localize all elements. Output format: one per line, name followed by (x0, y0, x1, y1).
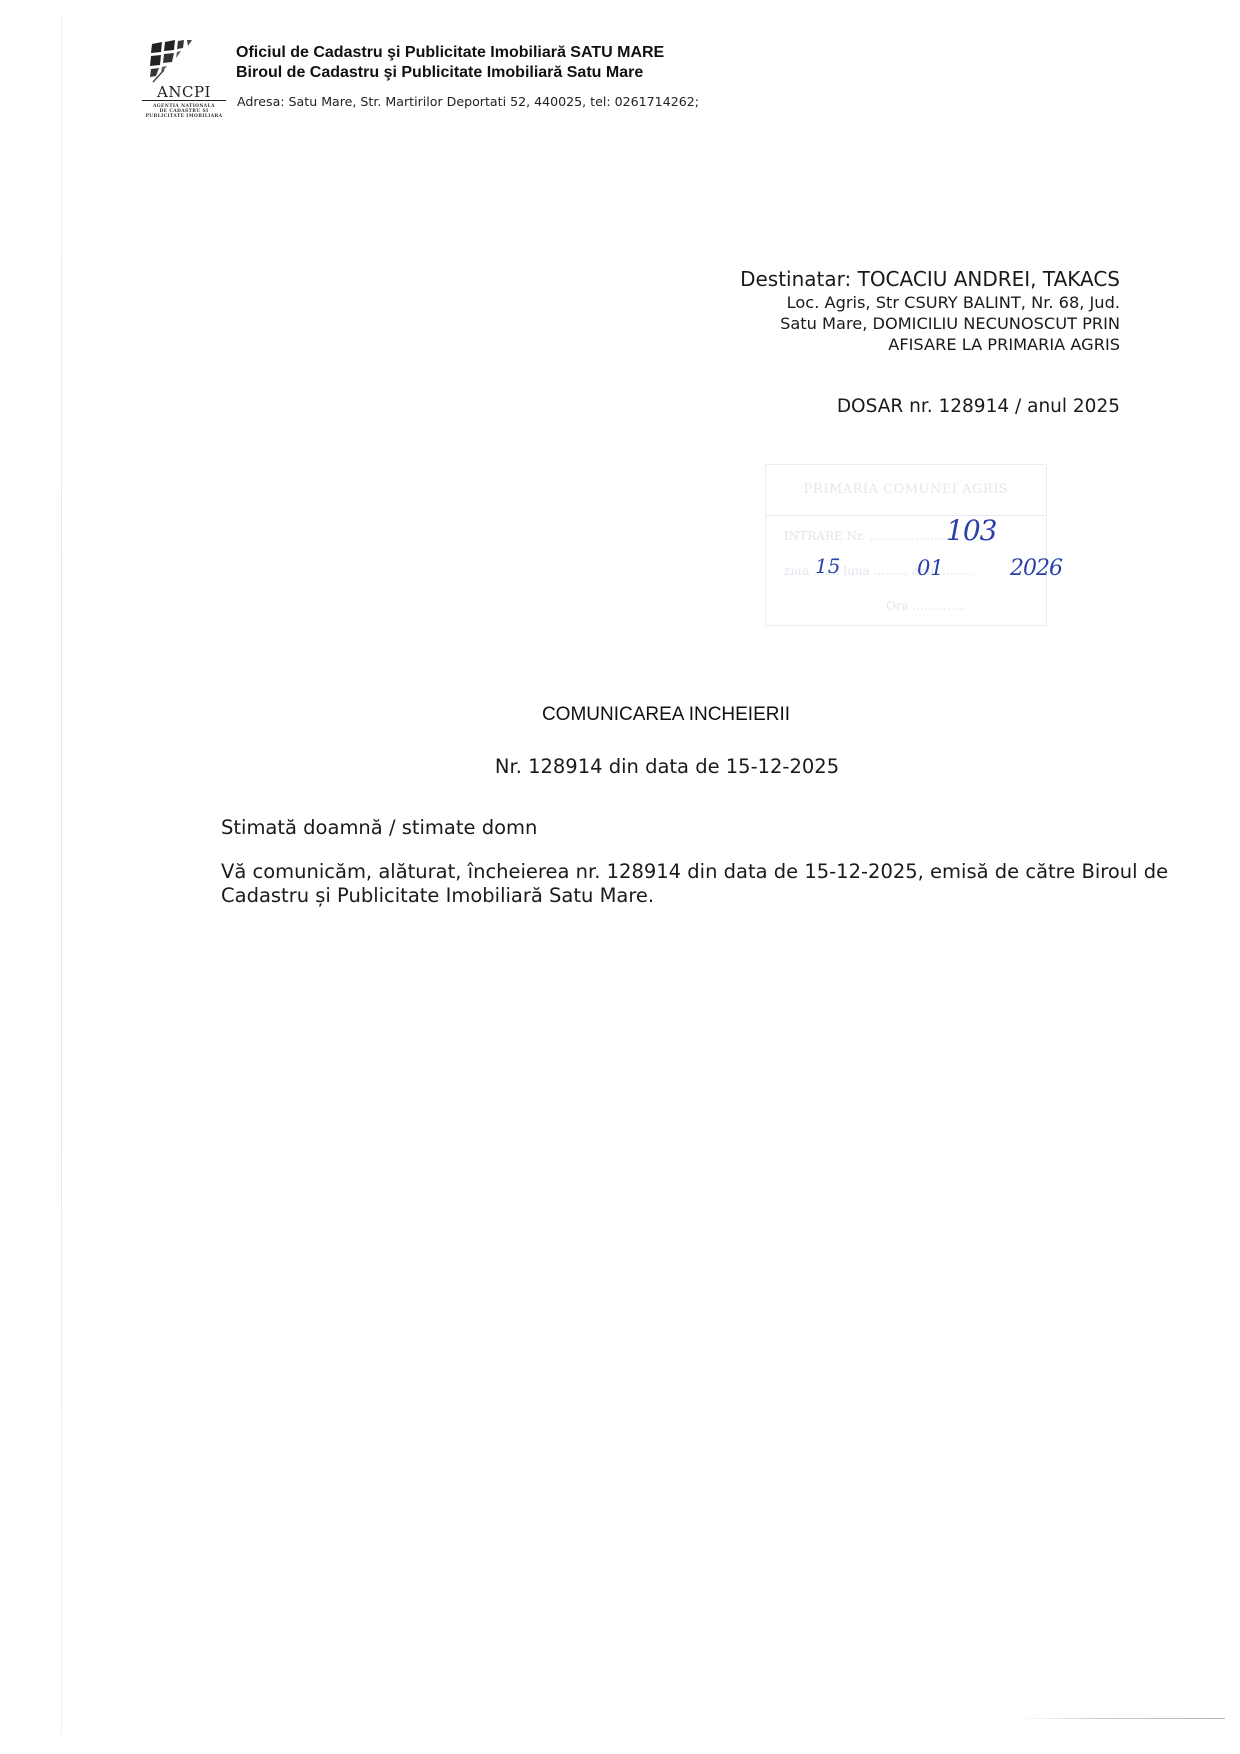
recipient-address-line: AFISARE LA PRIMARIA AGRIS (740, 334, 1120, 355)
ancpi-logo: ANCPI AGENTIA NATIONALA DE CADASTRU SI P… (142, 40, 226, 124)
logo-subtitle: AGENTIA NATIONALA DE CADASTRU SI PUBLICI… (142, 104, 226, 120)
stamp-title: PRIMARIA COMUNEI AGRIS (766, 465, 1046, 516)
scan-bottom-line (1020, 1718, 1225, 1719)
recipient-block: Destinatar: TOCACIU ANDREI, TAKACS Loc. … (740, 266, 1120, 355)
stamp-date-line: ziua ....... luna ......... anul .......… (784, 564, 973, 578)
body-paragraph: Vă comunicăm, alăturat, încheierea nr. 1… (221, 860, 1181, 908)
logo-name: ANCPI (142, 84, 226, 101)
dosar-number: DOSAR nr. 128914 / anul 2025 (837, 396, 1120, 417)
document-title-text: COMUNICAREA INCHEIERII (542, 704, 790, 725)
office-name: Oficiul de Cadastru şi Publicitate Imobi… (236, 44, 664, 62)
scan-edge-line (61, 15, 62, 1735)
salutation: Stimată doamnă / stimate domn (221, 816, 537, 839)
document-number-text: Nr. 128914 din data de 15-12-2025 (495, 755, 839, 778)
handwritten-day: 15 (815, 554, 840, 578)
recipient-address-line: Loc. Agris, Str CSURY BALINT, Nr. 68, Ju… (740, 292, 1120, 313)
handwritten-year: 2026 (1010, 556, 1062, 581)
stamp-entry-line: INTRARE Nr. ....................... (784, 529, 957, 543)
handwritten-month: 01 (917, 556, 944, 580)
logo-mark-icon (150, 40, 200, 86)
recipient-name: Destinatar: TOCACIU ANDREI, TAKACS (740, 266, 1120, 292)
stamp-time-line: Ora .............. (886, 599, 966, 613)
document-title: COMUNICAREA INCHEIERII (0, 704, 1240, 726)
logo-subtitle-line: PUBLICITATE IMOBILIARA (142, 114, 226, 119)
office-address: Adresa: Satu Mare, Str. Martirilor Depor… (237, 94, 699, 109)
registration-stamp: PRIMARIA COMUNEI AGRIS INTRARE Nr. .....… (765, 464, 1047, 626)
recipient-address-line: Satu Mare, DOMICILIU NECUNOSCUT PRIN (740, 313, 1120, 334)
bureau-name: Biroul de Cadastru şi Publicitate Imobil… (236, 64, 643, 82)
document-number: Nr. 128914 din data de 15-12-2025 (0, 755, 1240, 778)
handwritten-entry-number: 103 (946, 514, 996, 547)
